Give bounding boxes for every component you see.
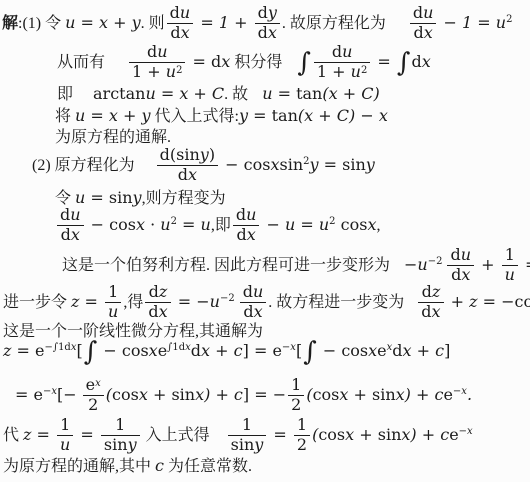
math-run: = −u (173, 292, 220, 311)
fraction: 1siny (226, 417, 269, 454)
denominator: 1 + u2 (129, 63, 185, 81)
math-run: (x + C) − x (298, 106, 388, 125)
numerator: du (447, 247, 474, 266)
math-run: d (61, 225, 71, 244)
denominator: dx (418, 303, 443, 321)
math-run: . (467, 385, 472, 404)
math-run: x (247, 225, 256, 244)
math-line: 这是一个伯努利方程. 因此方程可进一步变形为−u−2dudx + 1u = −c… (62, 247, 530, 284)
text-run: . 故方程进一步变为 (268, 294, 404, 311)
math-run: z = (71, 292, 103, 311)
math-run: x (270, 155, 279, 174)
math-run: sin (231, 435, 255, 454)
denominator: dx (240, 303, 267, 321)
math-run: y (310, 155, 319, 174)
text-run: 入上式得 (142, 427, 210, 444)
math-run: + (354, 425, 378, 444)
fraction: dzdx (143, 284, 172, 321)
math-run: + (476, 255, 500, 274)
math-run: 1 (60, 415, 70, 434)
math-run: d (392, 341, 402, 360)
math-run: e (35, 341, 44, 360)
superscript: 2 (506, 15, 512, 25)
math-run: 2 (506, 14, 512, 25)
superscript: −x (453, 387, 467, 397)
math-run: (x + C) (322, 84, 379, 103)
math-run: u = (262, 84, 296, 103)
math-run: z = (3, 341, 35, 360)
math-line: 为原方程的通解,其中 c 为任意常数. (3, 456, 252, 476)
superscript: 2 (361, 66, 367, 76)
math-run: e (449, 425, 458, 444)
math-run: e (34, 385, 43, 404)
text-run: 为原方程的通解. (55, 129, 171, 146)
fraction: dudx (231, 207, 262, 244)
fraction: du1 + u2 (312, 44, 372, 81)
math-run: z = (23, 425, 55, 444)
math-run: d (147, 42, 157, 61)
numerator: 1 (228, 417, 267, 436)
superscript: ∫1dx (167, 343, 191, 353)
text-run: 代 (3, 427, 23, 444)
text-run: . 故原方程化为 (282, 15, 386, 32)
math-run: tan (272, 106, 298, 125)
math-run: e (158, 341, 167, 360)
superscript: −x (282, 343, 296, 353)
math-run: cos (336, 215, 368, 234)
math-run: = (187, 52, 211, 71)
superscript: −x (43, 387, 57, 397)
math-run: x (432, 302, 441, 321)
denominator: dx (167, 24, 194, 42)
math-run: z (432, 282, 440, 301)
numerator: 1 (294, 417, 310, 436)
math-run: x (268, 23, 277, 42)
text-run: 从而有 (57, 54, 105, 71)
math-run: − (98, 341, 122, 360)
math-run: x (136, 215, 145, 234)
text-run: 积分得 (230, 54, 282, 71)
fraction: 1u (103, 284, 123, 321)
math-run: − (318, 341, 342, 360)
math-run: y (366, 155, 375, 174)
math-run: u (351, 62, 361, 81)
text-run: 这是一个伯努利方程. 因此方程可进一步变形为 (62, 257, 390, 274)
text-run: ,则方程变为 (142, 190, 226, 207)
math-run: 1 (115, 415, 125, 434)
fraction: dzdx (416, 284, 445, 321)
math-line: 解:(1) 令 u = x + y. 则dudx = 1 + dydx. 故原方… (2, 5, 512, 42)
math-run: + z = − (446, 292, 515, 311)
math-run: cos (109, 215, 136, 234)
math-run: cos (313, 385, 340, 404)
numerator: du (314, 44, 370, 63)
math-run: −2 (220, 293, 235, 304)
integral-icon: ∫ (296, 53, 312, 74)
math-run: cos (244, 155, 271, 174)
math-run: u (461, 245, 471, 264)
numerator: dz (418, 284, 443, 303)
numerator: du (410, 5, 437, 24)
math-run: d (413, 3, 423, 22)
numerator: ex (83, 377, 104, 396)
math-run: −x (43, 386, 57, 397)
math-line: 从而有du1 + u2 = dx 积分得∫du1 + u2 = ∫dx (57, 44, 431, 81)
math-run: u (70, 205, 80, 224)
fraction: dydx (253, 5, 282, 42)
integral-icon: ∫ (396, 53, 412, 74)
math-run: 1 + (317, 62, 351, 81)
fraction: 1siny (99, 417, 142, 454)
math-run: = (75, 425, 99, 444)
math-run: [− (57, 385, 77, 404)
math-run: x (396, 385, 405, 404)
text-run: 将 (55, 108, 75, 125)
math-run: d (148, 302, 158, 321)
math-run: − 1 = (438, 13, 495, 32)
math-run: y (268, 3, 277, 22)
math-run: d (178, 165, 188, 184)
math-run: sin (104, 435, 128, 454)
math-run: cos (341, 341, 368, 360)
numerator: du (167, 5, 194, 24)
math-run: u (342, 42, 352, 61)
math-run: sin (342, 155, 366, 174)
math-run: cos (112, 385, 139, 404)
math-run: y (200, 145, 209, 164)
denominator: siny (228, 436, 267, 454)
math-run: = (249, 341, 273, 360)
numerator: 1 (288, 377, 304, 396)
math-run: x (345, 425, 354, 444)
text-run: ,得 (123, 294, 143, 311)
denominator: siny (101, 436, 140, 454)
integral-icon: ∫ (302, 342, 318, 363)
math-run: = (372, 52, 396, 71)
math-run: z (159, 282, 167, 301)
fraction: d(siny)dx (155, 147, 220, 184)
denominator: u (105, 303, 121, 321)
fraction: dudx (445, 247, 476, 284)
math-run: x (159, 302, 168, 321)
math-run: d (236, 225, 246, 244)
math-run: u (246, 205, 256, 224)
math-run: u (160, 215, 170, 234)
denominator: dx (145, 303, 170, 321)
math-run: d(sin (160, 145, 200, 164)
math-run: e (86, 375, 95, 394)
math-line: = e−x[−ex2(cosx + sinx) + c] = −12(cosx … (15, 377, 472, 414)
math-run: 2 (176, 65, 182, 76)
denominator: dx (447, 266, 474, 284)
math-run: u (180, 3, 190, 22)
denominator: u (57, 436, 73, 454)
math-run: arctan (93, 84, 145, 103)
math-run: −x (282, 342, 296, 353)
math-run: −2 (428, 256, 443, 267)
text-run: 进一步令 (3, 294, 71, 311)
solution-document: 解:(1) 令 u = x + y. 则dudx = 1 + dydx. 故原方… (0, 0, 530, 482)
math-run: u (108, 302, 118, 321)
math-run: + (148, 385, 172, 404)
integral-icon: ∫ (83, 342, 99, 363)
math-run: x (95, 378, 101, 389)
denominator: dx (57, 226, 84, 244)
superscript: −2 (428, 257, 443, 267)
numerator: du (240, 284, 267, 303)
math-run: u = x + C (145, 84, 224, 103)
math-run: ) (209, 145, 215, 164)
numerator: dz (145, 284, 170, 303)
math-run: d (236, 205, 246, 224)
denominator: dx (410, 24, 437, 42)
numerator: du (129, 44, 185, 63)
math-run: x (221, 52, 230, 71)
math-run: −u (404, 255, 428, 274)
math-run: + (348, 385, 372, 404)
math-run: ] (444, 341, 450, 360)
numerator: dy (255, 5, 280, 24)
fraction: dudx (55, 207, 86, 244)
fraction: du1 + u2 (127, 44, 187, 81)
text-run: 解 (2, 15, 18, 32)
text-run: . 则 (141, 15, 165, 32)
math-run: d (243, 302, 253, 321)
math-run: = (268, 425, 292, 444)
fraction: dudx (238, 284, 269, 321)
text-run: ,即 (211, 217, 231, 234)
math-run: y (133, 188, 142, 207)
math-run: cos (122, 341, 149, 360)
denominator: dx (157, 166, 218, 184)
superscript: −x (459, 427, 473, 437)
fraction: dudx (408, 5, 439, 42)
text-run: 为原方程的通解,其中 (3, 458, 155, 475)
math-line: 即arctanu = x + C. 故u = tan(x + C) (57, 84, 380, 104)
math-run: sin (378, 425, 402, 444)
math-run: d (191, 341, 201, 360)
math-line: 为原方程的通解. (55, 127, 171, 147)
math-run: d (149, 282, 159, 301)
math-run: x (139, 385, 148, 404)
math-run: c (155, 456, 164, 475)
fraction: 1u (500, 247, 520, 284)
math-line: 进一步令 z = 1u,得dzdx = −u−2dudx. 故方程进一步变为dz… (3, 284, 530, 321)
math-run: cos (318, 425, 345, 444)
math-run: e (443, 385, 452, 404)
math-run: u (505, 265, 515, 284)
denominator: dx (233, 226, 260, 244)
math-run: 2 (88, 395, 98, 414)
denominator: 2 (83, 396, 104, 414)
fraction: dudx (165, 5, 196, 42)
math-run: d (243, 282, 253, 301)
math-run: d (451, 265, 461, 284)
fraction: 1u (55, 417, 75, 454)
math-run: 1 (242, 415, 252, 434)
math-run: x (71, 225, 80, 244)
text-run: 这是一个一阶线性微分方程,其通解为 (3, 323, 263, 340)
fraction: 12 (286, 377, 306, 414)
math-run: d (421, 302, 431, 321)
math-run: u (60, 435, 70, 454)
math-run: −x (459, 426, 473, 437)
math-run: u = x + y (75, 106, 151, 125)
fraction: 12 (292, 417, 312, 454)
text-run: (2) 原方程化为 (32, 157, 135, 174)
math-run: 1 (291, 375, 301, 394)
superscript: −∫1dx (44, 343, 76, 353)
superscript: x (95, 379, 101, 389)
math-run: d (258, 3, 268, 22)
numerator: d(siny) (157, 147, 218, 166)
text-run: :(1) 令 (18, 15, 65, 32)
math-run: y = (239, 106, 272, 125)
math-run: x (424, 23, 433, 42)
math-run: cos (515, 292, 530, 311)
math-run: u (157, 42, 167, 61)
math-run: 1 + (132, 62, 166, 81)
superscript: −2 (220, 294, 235, 304)
denominator: u (502, 266, 518, 284)
math-run: sin (372, 385, 396, 404)
math-run: x + c (201, 341, 243, 360)
math-run: u (423, 3, 433, 22)
math-run: = (15, 385, 34, 404)
math-run: ∫1d (167, 342, 185, 353)
math-run: = − (520, 255, 530, 274)
math-run: x (188, 165, 197, 184)
math-run: u (253, 282, 263, 301)
denominator: 2 (294, 436, 310, 454)
text-run: , (376, 217, 380, 234)
numerator: 1 (101, 417, 140, 436)
math-run: = − (249, 385, 286, 404)
math-run: = (319, 155, 343, 174)
math-run: tan (296, 84, 322, 103)
math-run: e (377, 341, 386, 360)
math-run: = 1 + (195, 13, 252, 32)
math-run: e (272, 341, 281, 360)
denominator: 1 + u2 (314, 63, 370, 81)
math-run: −∫1d (44, 342, 70, 353)
math-run: x (195, 385, 204, 404)
numerator: 1 (105, 284, 121, 303)
math-run: d (60, 205, 70, 224)
math-run: u (166, 62, 176, 81)
math-run: sin (280, 155, 304, 174)
math-run: y (128, 435, 137, 454)
math-run: 1 (505, 245, 515, 264)
math-run: ) + c (405, 385, 444, 404)
math-run: d (170, 23, 180, 42)
math-run: −x (453, 386, 467, 397)
math-run: d (422, 282, 432, 301)
numerator: du (57, 207, 84, 226)
fraction: ex2 (81, 377, 106, 414)
math-line: (2) 原方程化为d(siny)dx − cosxsin2y = siny (32, 147, 375, 184)
math-line: dudx − cosx · u2 = u,即dudx − u = u2 cosx… (55, 207, 380, 244)
text-run: 即 (57, 86, 73, 103)
denominator: 2 (288, 396, 304, 414)
math-run: x + c (403, 341, 445, 360)
math-line: 将 u = x + y 代入上式得:y = tan(x + C) − x (55, 106, 388, 126)
text-run: 为任意常数. (164, 458, 252, 475)
math-run: x (461, 265, 470, 284)
math-line: 令 u = siny,则方程变为 (55, 188, 226, 208)
math-run: sin (109, 188, 133, 207)
math-run: d (450, 245, 460, 264)
math-run: x (149, 341, 158, 360)
math-run: d (332, 42, 342, 61)
math-run: = u (177, 215, 211, 234)
math-run: 2 (297, 435, 307, 454)
math-run: d (170, 3, 180, 22)
math-run: d (211, 52, 221, 71)
numerator: 1 (57, 417, 73, 436)
math-line: 这是一个一阶线性微分方程,其通解为 (3, 321, 263, 341)
math-run: − u = u (261, 215, 329, 234)
numerator: 1 (502, 247, 518, 266)
math-run: x (254, 302, 263, 321)
superscript: 2 (176, 66, 182, 76)
math-run: ) + c (204, 385, 243, 404)
math-run: − (220, 155, 244, 174)
denominator: dx (255, 24, 280, 42)
math-run: · (145, 215, 160, 234)
math-run: y (254, 435, 263, 454)
math-run: u (496, 13, 506, 32)
math-line: 代 z = 1u = 1siny 入上式得1siny = 12(cosx + s… (3, 417, 473, 454)
math-run: 1 (297, 415, 307, 434)
math-run: − (86, 215, 110, 234)
math-run: = (85, 188, 109, 207)
math-run: d (411, 52, 421, 71)
math-line: z = e−∫1dx[∫ − cosxe∫1dxdx + c] = e−x[∫ … (3, 341, 450, 363)
math-run: 1 (108, 282, 118, 301)
math-run: x (422, 52, 431, 71)
text-run: . 故 (224, 86, 248, 103)
math-run: 2 (361, 65, 367, 76)
text-run: 代入上式得: (151, 108, 239, 125)
math-run: x (181, 23, 190, 42)
math-run: d (258, 23, 268, 42)
math-run: x (368, 341, 377, 360)
math-run: d (414, 23, 424, 42)
math-run: u = x + y (65, 13, 141, 32)
math-run: 2 (291, 395, 301, 414)
math-run: sin (171, 385, 195, 404)
numerator: du (233, 207, 260, 226)
math-run: ) + c (410, 425, 449, 444)
